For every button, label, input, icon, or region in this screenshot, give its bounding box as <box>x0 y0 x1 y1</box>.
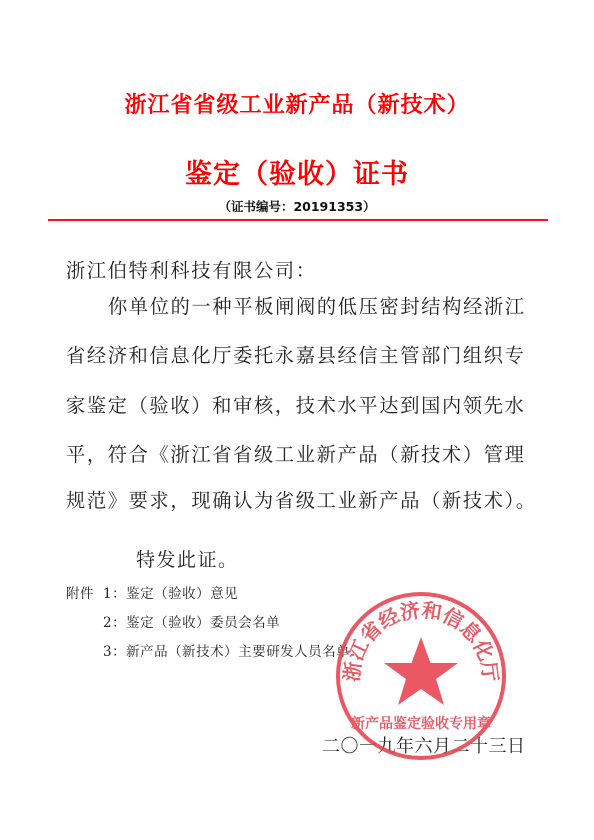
attachment-item-1: 1：鉴定（验收）意见 <box>103 582 238 602</box>
official-seal: 浙江省经济和信息化厅 新产品鉴定验收专用章 <box>335 591 507 761</box>
certificate-number: （证书编号：20191353） <box>0 197 594 215</box>
body-line-2: 省经济和信息化厅委托永嘉县经信主管部门组织专 <box>66 341 526 368</box>
attachment-item-2: 2：鉴定（验收）委员会名单 <box>103 611 280 631</box>
certificate-title-line2: 鉴定（验收）证书 <box>0 152 594 191</box>
body-line-1: 你单位的一种平板闸阀的低压密封结构经浙江 <box>108 292 526 319</box>
attachment-item-3: 3：新产品（新技术）主要研发人员名单 <box>103 640 350 660</box>
seal-bottom-text: 新产品鉴定验收专用章 <box>351 715 491 732</box>
body-line-4: 平，符合《浙江省省级工业新产品（新技术）管理 <box>66 440 526 467</box>
certificate-title-line1: 浙江省省级工业新产品（新技术） <box>0 88 594 119</box>
body-line-3: 家鉴定（验收）和审核，技术水平达到国内领先水 <box>66 391 526 418</box>
body-line-5: 规范》要求，现确认为省级工业新产品（新技术）。 <box>66 486 537 513</box>
attachments-label: 附件 <box>66 582 94 602</box>
issuance-statement: 特发此证。 <box>136 545 239 572</box>
star-icon <box>384 637 458 705</box>
addressee: 浙江伯特利科技有限公司： <box>66 256 317 283</box>
header-divider <box>48 219 548 221</box>
